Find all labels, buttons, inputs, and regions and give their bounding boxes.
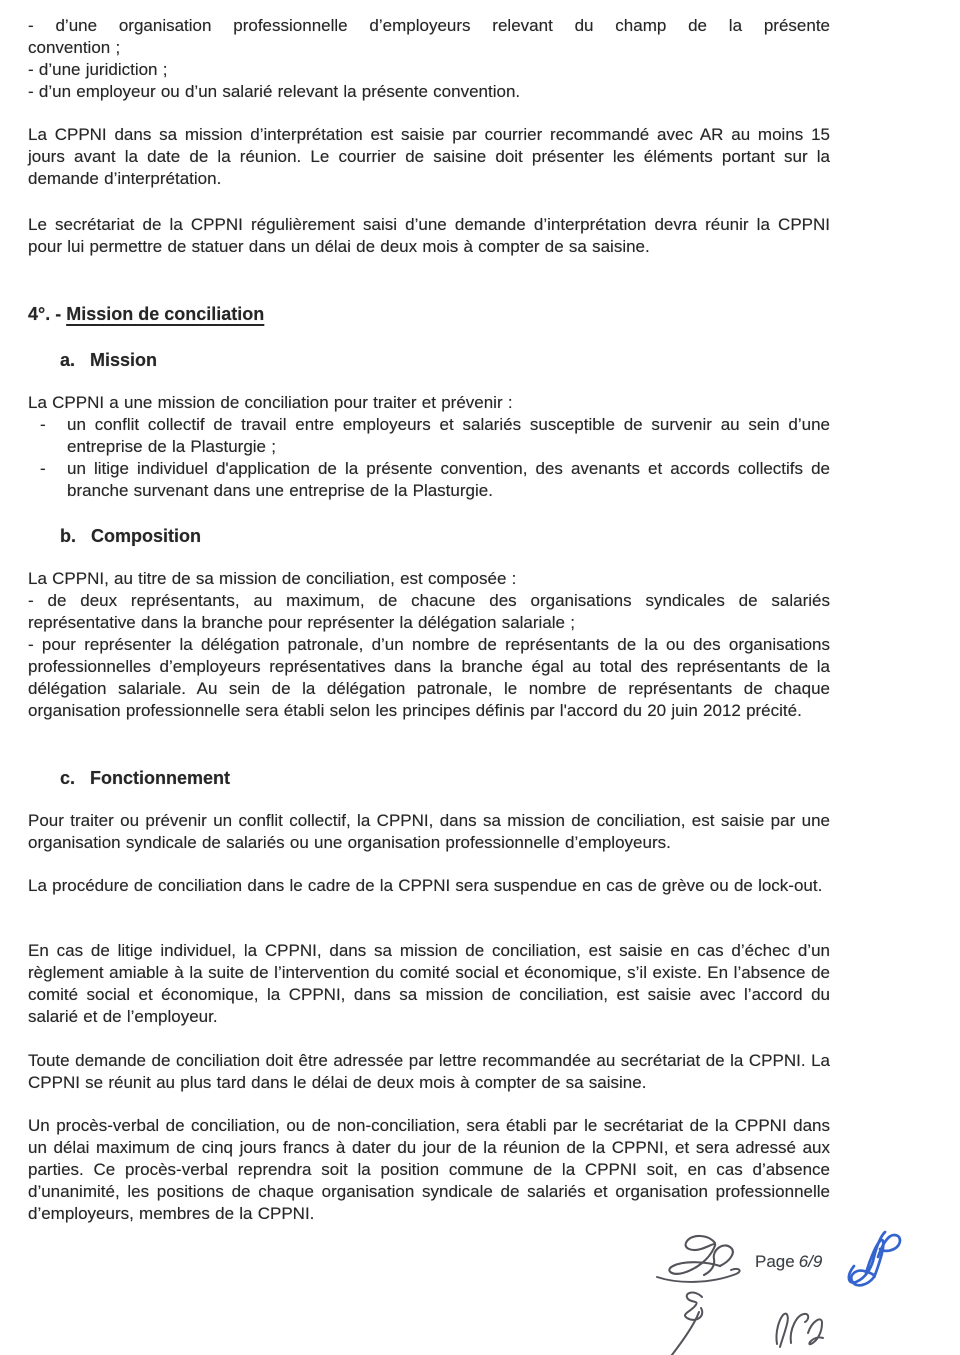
bullet-text: un conflit collectif de travail entre em…	[67, 414, 830, 458]
fonctionnement-paragraph: Pour traiter ou prévenir un conflit coll…	[28, 810, 830, 854]
section-number: 4°. -	[28, 304, 66, 324]
intro-list: - d’une organisation professionnelle d’e…	[28, 15, 830, 103]
signature-blue-icon	[844, 1228, 910, 1294]
subsection-heading-b: b.Composition	[60, 524, 201, 548]
bullet-marker: -	[28, 458, 67, 502]
subsection-label: b.	[60, 524, 76, 548]
fonctionnement-paragraph: Toute demande de conciliation doit être …	[28, 1050, 830, 1094]
subsection-heading-c: c.Fonctionnement	[60, 766, 230, 790]
subsection-heading-a: a.Mission	[60, 348, 157, 372]
paraph-e-icon	[666, 1288, 724, 1355]
mission-intro: La CPPNI a une mission de conciliation p…	[28, 392, 830, 414]
page-number: 6/9	[799, 1252, 823, 1271]
fonctionnement-paragraph: Un procès-verbal de conciliation, ou de …	[28, 1115, 830, 1225]
list-item: - d’une juridiction ;	[28, 59, 830, 81]
list-item-text: convention ;	[28, 37, 830, 59]
mission-bullet: - un litige individuel d'application de …	[28, 458, 830, 502]
list-item: - d’une organisation professionnelle d’e…	[28, 15, 830, 59]
fonctionnement-paragraph: La procédure de conciliation dans le cad…	[28, 875, 830, 897]
section-heading: 4°. - Mission de conciliation	[28, 302, 264, 326]
paragraph-interpretation-saisine: La CPPNI dans sa mission d’interprétatio…	[28, 124, 830, 190]
bullet-text: un litige individuel d'application de la…	[67, 458, 830, 502]
bullet-marker: -	[28, 414, 67, 458]
page-label-text: Page	[755, 1252, 795, 1271]
subsection-label: a.	[60, 348, 75, 372]
subsection-title: Fonctionnement	[90, 768, 230, 788]
paragraph-secretariat: Le secrétariat de la CPPNI régulièrement…	[28, 214, 830, 258]
mission-block: La CPPNI a une mission de conciliation p…	[28, 392, 830, 502]
subsection-label: c.	[60, 766, 75, 790]
list-item: - d’un employeur ou d’un salarié relevan…	[28, 81, 830, 103]
subsection-title: Composition	[91, 526, 201, 546]
paraph-ng-icon	[770, 1306, 832, 1352]
mission-bullet: - un conflit collectif de travail entre …	[28, 414, 830, 458]
composition-item: - pour représenter la délégation patrona…	[28, 634, 830, 722]
composition-block: La CPPNI, au titre de sa mission de conc…	[28, 568, 830, 722]
scanned-document-page: - d’une organisation professionnelle d’e…	[0, 0, 960, 1355]
subsection-title: Mission	[90, 350, 157, 370]
page-number-label: Page6/9	[755, 1251, 822, 1273]
section-title: Mission de conciliation	[66, 304, 264, 324]
list-item-text: - d’une organisation professionnelle d’e…	[28, 15, 830, 37]
composition-intro: La CPPNI, au titre de sa mission de conc…	[28, 568, 830, 590]
fonctionnement-paragraph: En cas de litige individuel, la CPPNI, d…	[28, 940, 830, 1028]
composition-item: - de deux représentants, au maximum, de …	[28, 590, 830, 634]
